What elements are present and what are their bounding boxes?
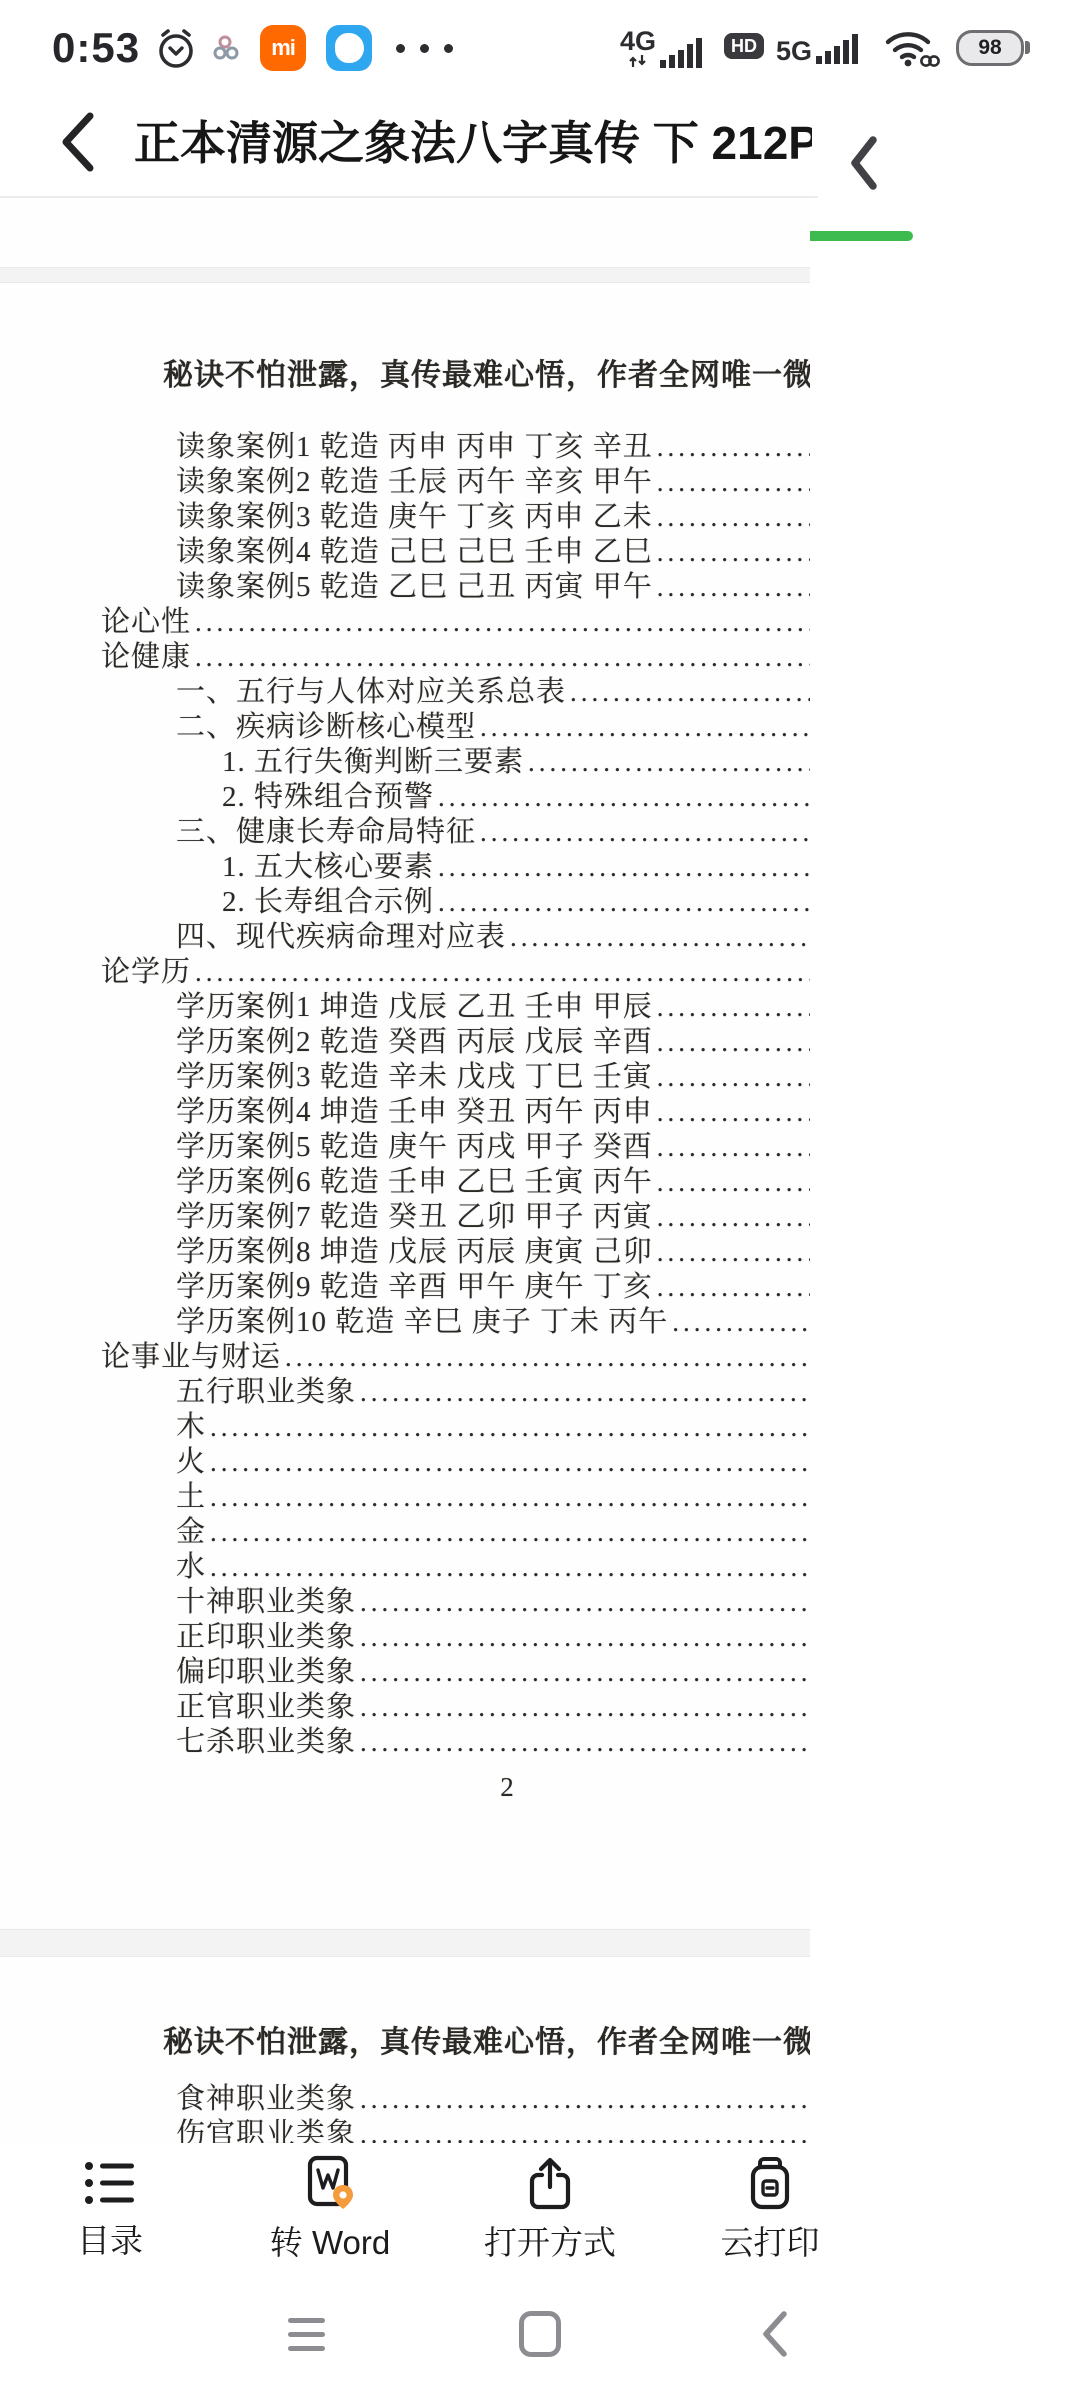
data-activity-arrows-icon	[628, 54, 648, 68]
signal-bars-icon	[816, 32, 860, 64]
page-header-text: 秘诀不怕泄露，真传最难心悟，作者全网唯一微信：「HYDYWE」进	[163, 350, 810, 394]
toc-dot-leader: ........................................…	[210, 1410, 810, 1445]
back-button[interactable]	[56, 110, 100, 174]
toc-entry-text: 十神职业类象	[176, 1585, 356, 1620]
status-bar-left: 0:53 mi	[52, 24, 453, 72]
toc-entry-text: 读象案例5 乾造 乙巳 己丑 丙寅 甲午	[176, 570, 653, 605]
toc-dot-leader: ........................................…	[210, 1480, 810, 1515]
toc-entry-text: 论心性	[101, 605, 191, 640]
chevron-left-icon	[760, 2310, 788, 2358]
toc-entry-text: 七杀职业类象	[176, 1725, 356, 1760]
toc-dot-leader: ........................................…	[360, 1585, 810, 1620]
toc-line: 一、五行与人体对应关系总表...........................…	[0, 675, 810, 710]
toc-line: 学历案例1 坤造 戊辰 乙丑 壬申 甲辰....................…	[0, 990, 810, 1025]
toc-entry-text: 二、疾病诊断核心模型	[176, 710, 476, 745]
toc-line: 学历案例4 坤造 壬申 癸丑 丙午 丙申....................…	[0, 1095, 810, 1130]
toc-entry-text: 四、现代疾病命理对应表	[176, 920, 506, 955]
reading-progress-indicator	[803, 231, 913, 241]
toc-line: 论心性.....................................…	[0, 605, 810, 640]
toc-line: 土.......................................…	[0, 1480, 810, 1515]
toc-line: 火.......................................…	[0, 1445, 810, 1480]
status-bar: 0:53 mi 4G	[0, 0, 1080, 90]
toc-line: 论健康.....................................…	[0, 640, 810, 675]
toc-line: 水.......................................…	[0, 1550, 810, 1585]
toc-list-icon	[82, 2155, 138, 2211]
toc-line: 学历案例10 乾造 辛巳 庚子 丁未 丙午...................…	[0, 1305, 810, 1340]
toolbar-label: 打开方式	[484, 2225, 616, 2261]
toc-line: 正印职业类象..................................…	[0, 1620, 810, 1655]
toc-dot-leader: ........................................…	[657, 535, 810, 570]
battery-percent: 98	[978, 36, 1001, 60]
toc-dot-leader: ........................................…	[657, 1095, 810, 1130]
toc-dot-leader: ........................................…	[360, 1655, 810, 1690]
menu-icon	[288, 2318, 325, 2351]
toc-dot-leader: ........................................…	[195, 955, 810, 990]
toc-entry-text: 论学历	[101, 955, 191, 990]
toc-line: 十神职业类象..................................…	[0, 1585, 810, 1620]
toc-line: 二、疾病诊断核心模型..............................…	[0, 710, 810, 745]
toc-dot-leader: ........................................…	[480, 815, 810, 850]
nav-back-button[interactable]	[744, 2298, 804, 2370]
toc-dot-leader: ........................................…	[360, 2117, 810, 2143]
toc-line: 三、健康长寿命局特征..............................…	[0, 815, 810, 850]
toc-dot-leader: ........................................…	[528, 745, 810, 780]
toc-line: 五行职业类象..................................…	[0, 1375, 810, 1410]
clock-time: 0:53	[52, 24, 140, 72]
sim2-network-type: 5G	[776, 38, 812, 64]
signal-bars-icon	[660, 36, 704, 68]
toc-line: 读象案例5 乾造 乙巳 己丑 丙寅 甲午....................…	[0, 570, 810, 605]
toc-dot-leader: ........................................…	[657, 1165, 810, 1200]
convert-to-word-button[interactable]: 转 Word	[220, 2143, 440, 2269]
toc-dot-leader: ........................................…	[285, 1340, 810, 1375]
toc-dot-leader: ........................................…	[510, 920, 810, 955]
toc-line: 四、现代疾病命理对应表.............................…	[0, 920, 810, 955]
toc-entry-text: 食神职业类象	[176, 2082, 356, 2117]
page-header-text: 秘诀不怕泄露，真传最难心悟，作者全网唯一微信：「HYDYWE」进	[163, 2017, 810, 2061]
page-gap	[0, 1929, 810, 1957]
vpn-circles-icon	[212, 33, 242, 63]
toc-line: 学历案例2 乾造 癸酉 丙辰 戊辰 辛酉....................…	[0, 1025, 810, 1060]
reader-title-bar: 正本清源之象法八字真传 下 212P.pdf	[0, 90, 1080, 196]
toc-dot-leader: ........................................…	[657, 990, 810, 1025]
toc-dot-leader: ........................................…	[657, 1235, 810, 1270]
word-doc-icon	[301, 2155, 359, 2213]
reader-toolbar: 目录 转 Word 打开方式 云打印	[0, 2143, 880, 2269]
toolbar-label: 云打印	[721, 2225, 820, 2261]
toc-entry-text: 正官职业类象	[176, 1690, 356, 1725]
toc-dot-leader: ........................................…	[210, 1515, 810, 1550]
open-with-button[interactable]: 打开方式	[440, 2143, 660, 2269]
toc-entry-text: 1. 五大核心要素	[222, 850, 434, 885]
toc-line: 金.......................................…	[0, 1515, 810, 1550]
toc-dot-leader: ........................................…	[438, 850, 810, 885]
toc-entry-text: 火	[176, 1445, 206, 1480]
toc-line: 学历案例9 乾造 辛酉 甲午 庚午 丁亥....................…	[0, 1270, 810, 1305]
toc-line: 2. 特殊组合预警...............................…	[0, 780, 810, 815]
toolbar-label: 转 Word	[270, 2225, 390, 2261]
toc-dot-leader: ........................................…	[360, 1725, 810, 1760]
toc-line: 学历案例7 乾造 癸丑 乙卯 甲子 丙寅....................…	[0, 1200, 810, 1235]
toc-dot-leader: ........................................…	[360, 1375, 810, 1410]
toc-line: 木.......................................…	[0, 1410, 810, 1445]
page-gap	[0, 267, 810, 283]
toc-entry-text: 学历案例3 乾造 辛未 戊戌 丁巳 壬寅	[176, 1060, 653, 1095]
toc-line: 读象案例3 乾造 庚午 丁亥 丙申 乙未....................…	[0, 500, 810, 535]
toc-line: 食神职业类象..................................…	[0, 2082, 810, 2117]
toc-entry-text: 学历案例4 坤造 壬申 癸丑 丙午 丙申	[176, 1095, 653, 1130]
toc-entry-text: 正印职业类象	[176, 1620, 356, 1655]
toc-line: 论事业与财运..................................…	[0, 1340, 810, 1375]
page-number: 2	[0, 1772, 810, 1803]
toc-line: 正官职业类象..................................…	[0, 1690, 810, 1725]
toc-entry-text: 读象案例2 乾造 壬辰 丙午 辛亥 甲午	[176, 465, 653, 500]
toc-line: 七杀职业类象..................................…	[0, 1725, 810, 1760]
toc-dot-leader: ........................................…	[360, 1620, 810, 1655]
toolbar-label: 目录	[77, 2223, 143, 2259]
toc-entry-text: 学历案例5 乾造 庚午 丙戌 甲子 癸酉	[176, 1130, 653, 1165]
toc-dot-leader: ........................................…	[210, 1445, 810, 1480]
document-title: 正本清源之象法八字真传 下 212P.pdf	[134, 114, 812, 172]
toc-entry-text: 读象案例3 乾造 庚午 丁亥 丙申 乙未	[176, 500, 653, 535]
toc-entry-text: 学历案例10 乾造 辛巳 庚子 丁未 丙午	[176, 1305, 668, 1340]
toc-dot-leader: ........................................…	[657, 500, 810, 535]
cloud-print-icon	[742, 2155, 798, 2213]
toc-entry-text: 一、五行与人体对应关系总表	[176, 675, 566, 710]
battery-indicator: 98	[956, 30, 1024, 66]
toc-entry-text: 学历案例7 乾造 癸丑 乙卯 甲子 丙寅	[176, 1200, 653, 1235]
pdf-page-view[interactable]: 秘诀不怕泄露，真传最难心悟，作者全网唯一微信：「HYDYWE」进 读象案例1 乾…	[0, 198, 810, 2143]
sim1-network-type: 4G	[620, 28, 656, 68]
recents-menu-button[interactable]	[276, 2298, 336, 2370]
toc-entry-text: 论事业与财运	[101, 1340, 281, 1375]
android-nav-bar	[0, 2268, 1080, 2400]
toc-line: 1. 五大核心要素...............................…	[0, 850, 810, 885]
toc-entry-text: 学历案例6 乾造 壬申 乙巳 壬寅 丙午	[176, 1165, 653, 1200]
toc-dot-leader: ........................................…	[657, 1200, 810, 1235]
toc-dot-leader: ........................................…	[657, 465, 810, 500]
toc-dot-leader: ........................................…	[657, 1025, 810, 1060]
toc-dot-leader: ........................................…	[480, 710, 810, 745]
toc-dot-leader: ........................................…	[438, 780, 810, 815]
phone-screen: 0:53 mi 4G	[0, 0, 1080, 2400]
wifi-icon	[884, 28, 940, 68]
toc-line: 学历案例3 乾造 辛未 戊戌 丁巳 壬寅....................…	[0, 1060, 810, 1095]
toc-entry-text: 金	[176, 1515, 206, 1550]
toc-list: 读象案例1 乾造 丙申 丙申 丁亥 辛丑....................…	[0, 430, 810, 1760]
toc-entry-text: 论健康	[101, 640, 191, 675]
cloud-print-button[interactable]: 云打印	[660, 2143, 880, 2269]
toc-entry-text: 水	[176, 1550, 206, 1585]
toc-list: 食神职业类象..................................…	[0, 2082, 810, 2143]
toc-dot-leader: ........................................…	[672, 1305, 810, 1340]
toc-entry-text: 1. 五行失衡判断三要素	[222, 745, 524, 780]
toc-dot-leader: ........................................…	[657, 1270, 810, 1305]
status-bar-right: 4G HD 5G	[620, 28, 1024, 68]
home-button[interactable]	[510, 2298, 570, 2370]
toc-entry-text: 五行职业类象	[176, 1375, 356, 1410]
toc-entry-text: 土	[176, 1480, 206, 1515]
toc-dot-leader: ........................................…	[360, 2082, 810, 2117]
toc-entry-text: 读象案例1 乾造 丙申 丙申 丁亥 辛丑	[176, 430, 653, 465]
sim1-signal: 4G	[620, 28, 704, 68]
toc-dot-leader: ........................................…	[657, 1130, 810, 1165]
collapse-panel-handle-icon[interactable]	[845, 132, 883, 194]
toc-dot-leader: ........................................…	[657, 570, 810, 605]
toc-dot-leader: ........................................…	[438, 885, 810, 920]
toc-dot-leader: ........................................…	[195, 640, 810, 675]
battery-nub	[1025, 41, 1030, 54]
toc-entry-text: 偏印职业类象	[176, 1655, 356, 1690]
xiaomi-notification-icon: mi	[260, 25, 306, 71]
toc-dot-leader: ........................................…	[210, 1550, 810, 1585]
toc-entry-text: 2. 长寿组合示例	[222, 885, 434, 920]
toc-line: 学历案例8 坤造 戊辰 丙辰 庚寅 己卯....................…	[0, 1235, 810, 1270]
app-icon-glyph	[335, 33, 364, 63]
toc-line: 读象案例1 乾造 丙申 丙申 丁亥 辛丑....................…	[0, 430, 810, 465]
toc-line: 读象案例4 乾造 己巳 己巳 壬申 乙巳....................…	[0, 535, 810, 570]
toc-entry-text: 伤官职业类象	[176, 2117, 356, 2143]
sim2-signal: 5G	[776, 32, 860, 64]
toc-entry-text: 学历案例2 乾造 癸酉 丙辰 戊辰 辛酉	[176, 1025, 653, 1060]
network-type-label: 4G	[620, 28, 656, 54]
toc-dot-leader: ........................................…	[195, 605, 810, 640]
toc-entry-text: 三、健康长寿命局特征	[176, 815, 476, 850]
toc-line: 偏印职业类象..................................…	[0, 1655, 810, 1690]
toc-line: 读象案例2 乾造 壬辰 丙午 辛亥 甲午....................…	[0, 465, 810, 500]
toc-line: 2. 长寿组合示例...............................…	[0, 885, 810, 920]
toc-entry-text: 读象案例4 乾造 己巳 己巳 壬申 乙巳	[176, 535, 653, 570]
toc-button[interactable]: 目录	[0, 2143, 220, 2269]
toc-line: 学历案例5 乾造 庚午 丙戌 甲子 癸酉....................…	[0, 1130, 810, 1165]
toc-line: 伤官职业类象..................................…	[0, 2117, 810, 2143]
messenger-app-icon	[326, 25, 372, 71]
toc-entry-text: 2. 特殊组合预警	[222, 780, 434, 815]
share-open-icon	[522, 2155, 578, 2213]
toc-entry-text: 木	[176, 1410, 206, 1445]
toc-dot-leader: ........................................…	[657, 430, 810, 465]
toc-line: 学历案例6 乾造 壬申 乙巳 壬寅 丙午....................…	[0, 1165, 810, 1200]
toc-entry-text: 学历案例8 坤造 戊辰 丙辰 庚寅 己卯	[176, 1235, 653, 1270]
toc-dot-leader: ........................................…	[570, 675, 810, 710]
more-notifications-icon	[396, 44, 453, 53]
toc-dot-leader: ........................................…	[657, 1060, 810, 1095]
toc-entry-text: 学历案例9 乾造 辛酉 甲午 庚午 丁亥	[176, 1270, 653, 1305]
toc-dot-leader: ........................................…	[360, 1690, 810, 1725]
toc-entry-text: 学历案例1 坤造 戊辰 乙丑 壬申 甲辰	[176, 990, 653, 1025]
alarm-icon	[156, 27, 196, 69]
home-square-icon	[519, 2311, 561, 2357]
toc-line: 论学历.....................................…	[0, 955, 810, 990]
network-type-label: 5G	[776, 38, 812, 64]
toc-line: 1. 五行失衡判断三要素............................…	[0, 745, 810, 780]
hd-volte-badge: HD	[724, 33, 764, 59]
